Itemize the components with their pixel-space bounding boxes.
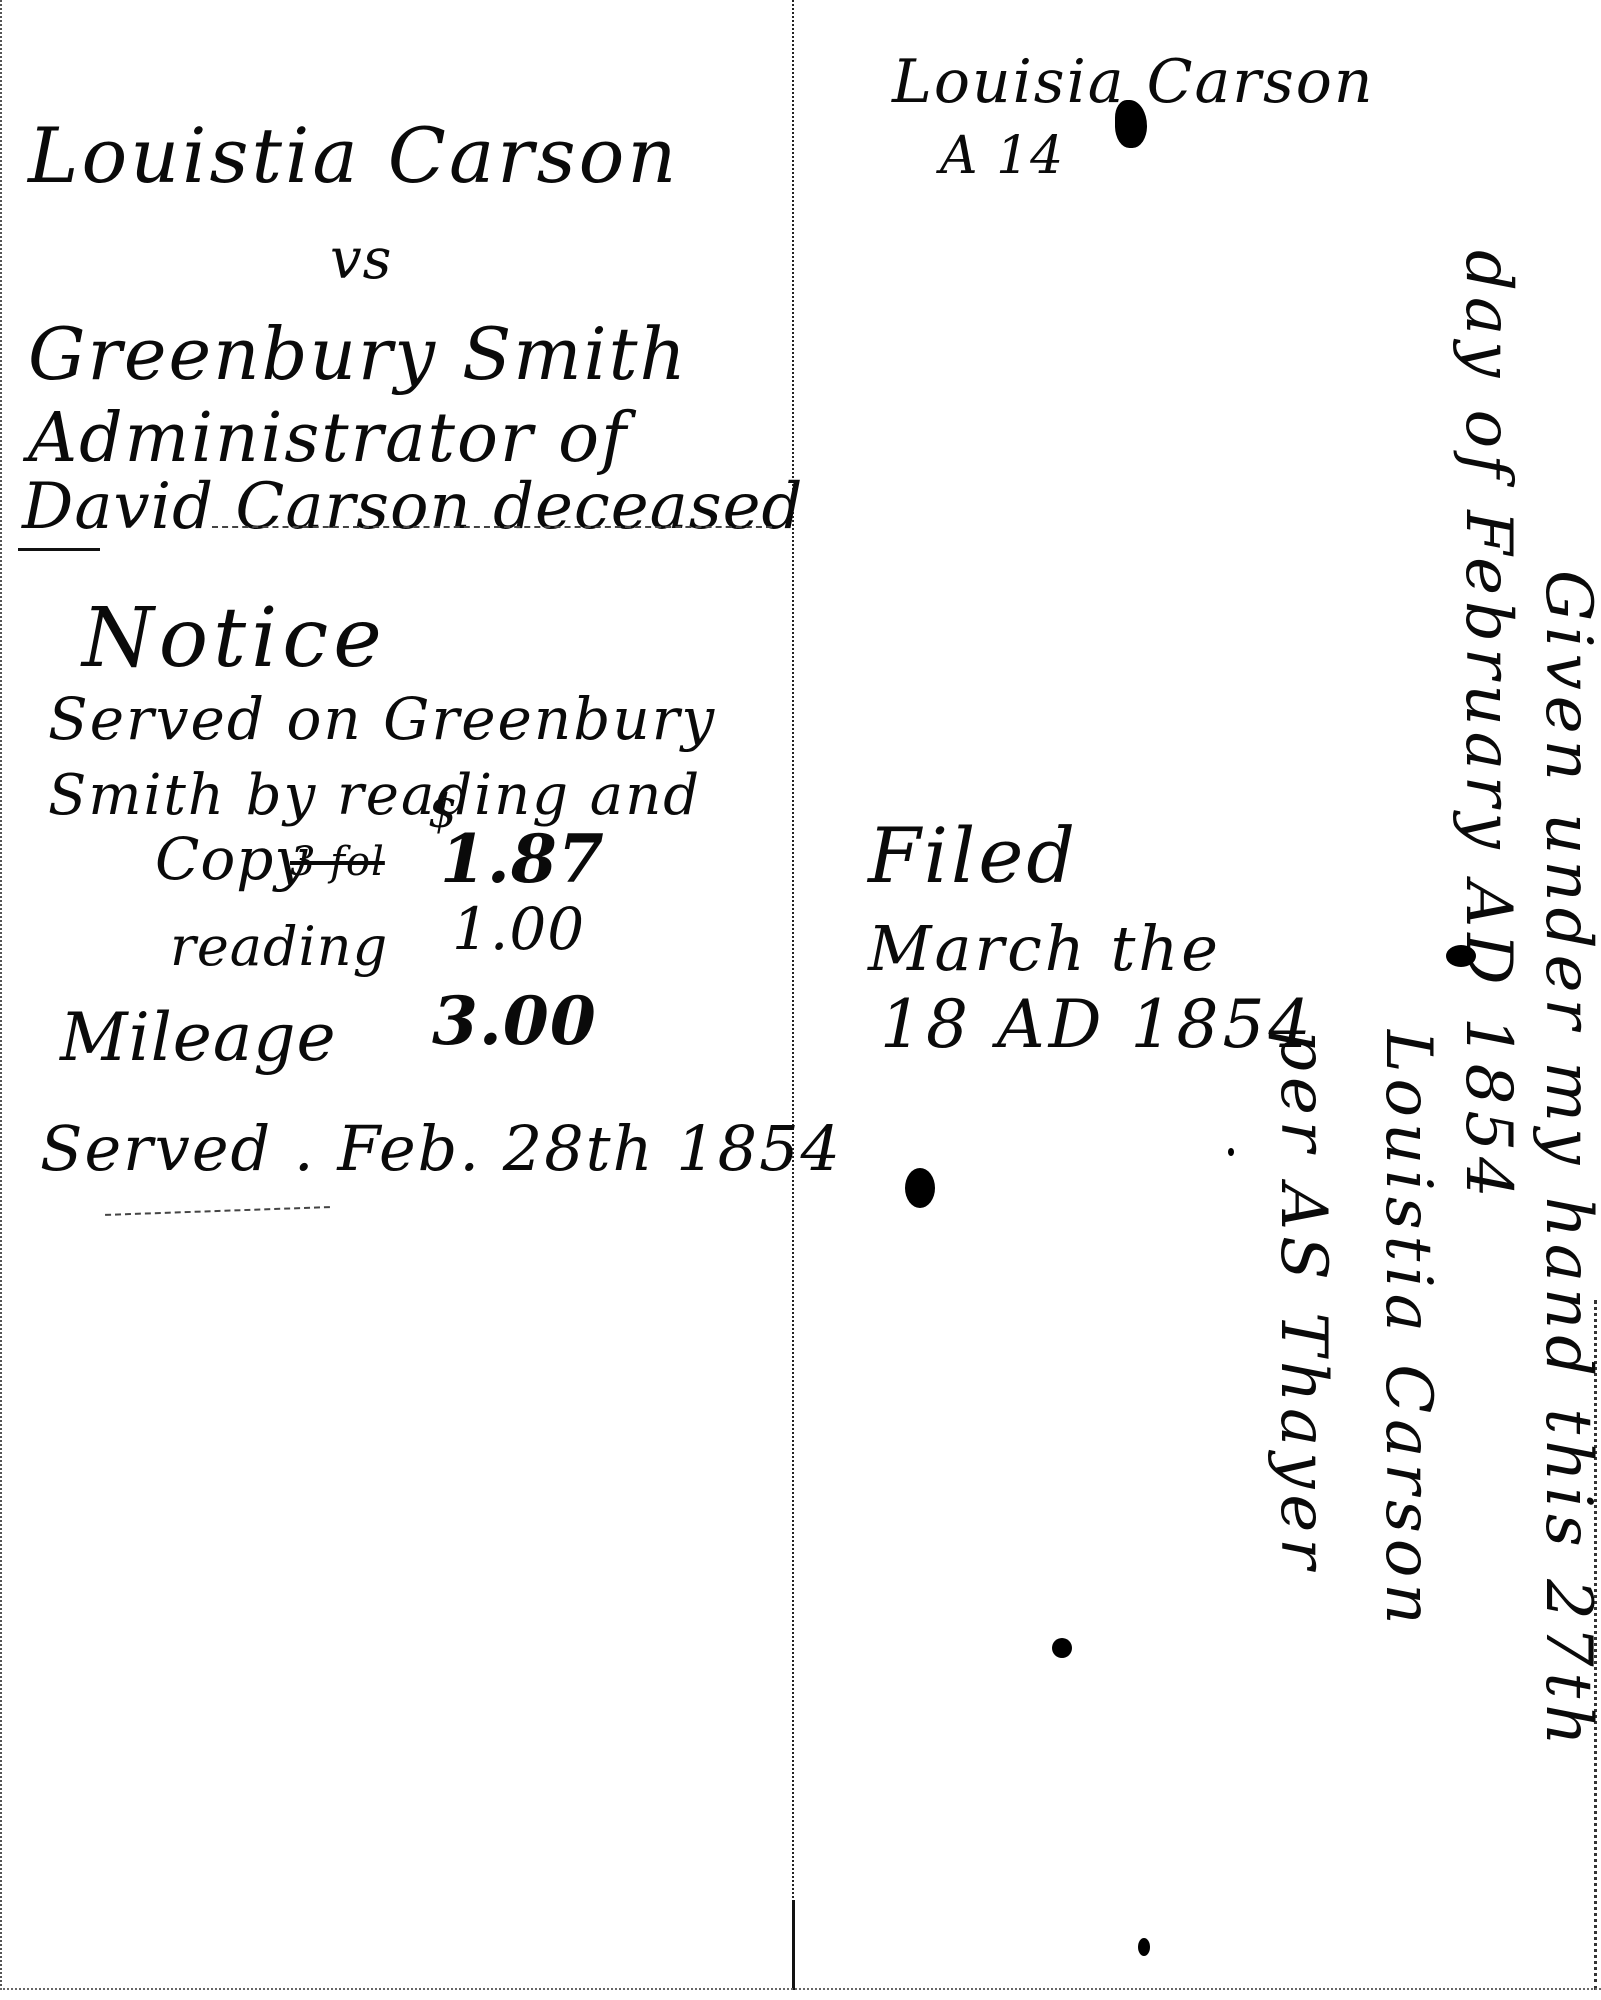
vertical-line-per-thayer: per AS Thayer [1271, 1030, 1335, 1575]
paper-fold-line [792, 0, 794, 1990]
filed-date-line-2: 18 AD 1854 [880, 992, 1315, 1058]
scanned-document-page: Louistia Carson vs Greenbury Smith Admin… [0, 0, 1601, 2000]
decedent-name: David Carson deceased [22, 475, 803, 539]
ink-spot-3 [1052, 1638, 1072, 1658]
defendant-role: Administrator of [28, 405, 628, 473]
filed-label: Filed [868, 818, 1078, 894]
fee-mileage-label: Mileage [60, 1005, 337, 1071]
vertical-line-day-of-february: day of February AD 1854 [1456, 250, 1520, 1204]
defendant-name: Greenbury Smith [28, 318, 688, 390]
ink-speck-5 [1228, 1148, 1234, 1156]
ink-spot-4 [1138, 1938, 1150, 1956]
served-line-2: Smith by reading and [48, 768, 701, 824]
fee-reading-amount: 1.00 [452, 900, 585, 958]
plaintiff-name: Louistia Carson [28, 118, 679, 194]
caption-underline-left [18, 548, 100, 551]
versus-label: vs [330, 232, 392, 288]
paper-left-edge [0, 0, 2, 1990]
fee-copy-amount: 1.87 [440, 826, 605, 892]
vertical-line-given-under-hand: Given under my hand this 27th [1536, 570, 1600, 1751]
notice-heading: Notice [82, 598, 387, 680]
fee-reading-label: reading [170, 920, 388, 974]
filed-date-line-1: March the [868, 918, 1221, 980]
paper-bottom-edge [0, 1988, 1601, 1990]
paper-fold-line-bottom [792, 1900, 795, 1990]
fee-mileage-amount: 3.00 [432, 988, 597, 1054]
ink-spot-1 [1446, 945, 1476, 967]
fee-copy-struck-note: 3 fol [290, 842, 385, 882]
vertical-line-signature: Louistia Carson [1376, 1030, 1440, 1631]
caption-underline-right [212, 526, 772, 528]
fee-copy-label: Copy [155, 830, 308, 888]
endorsement-note: A 14 [940, 130, 1064, 182]
ink-spot-2 [905, 1168, 935, 1208]
served-date: Served . Feb. 28th 1854 [40, 1118, 842, 1180]
ink-blot-top [1115, 100, 1147, 148]
served-date-underline [105, 1206, 330, 1216]
served-line-1: Served on Greenbury [48, 690, 716, 748]
